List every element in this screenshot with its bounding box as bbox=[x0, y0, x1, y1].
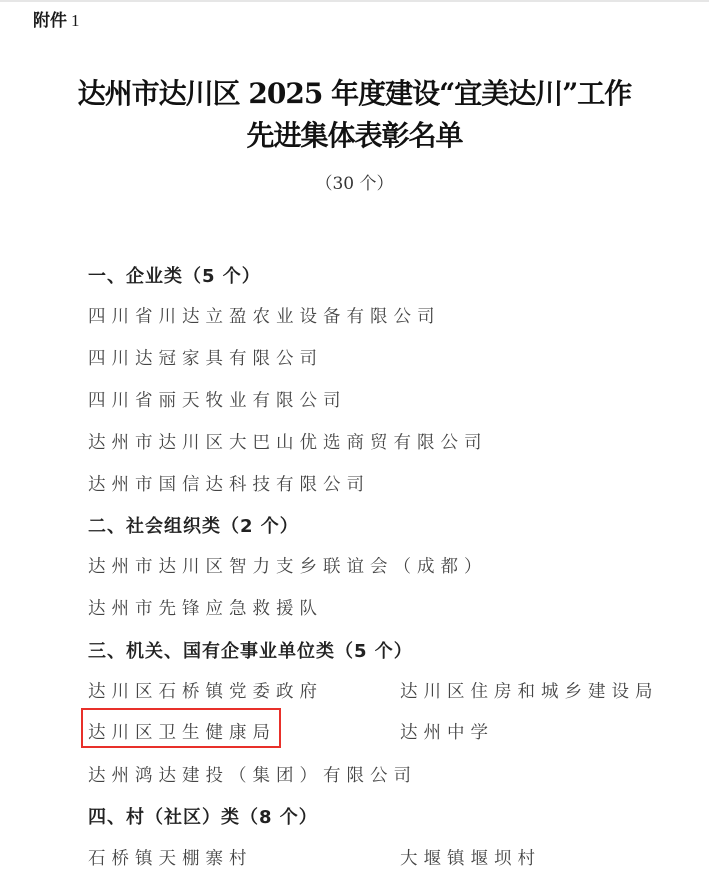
attachment-text: 附件 bbox=[33, 11, 67, 31]
list-item: 四川省川达立盈农业设备有限公司 bbox=[88, 303, 441, 328]
list-item: 四川达冠家具有限公司 bbox=[88, 345, 323, 370]
list-item: 达州鸿达建投（集团）有限公司 bbox=[88, 762, 417, 787]
section-heading-social-orgs: 二、社会组织类（2 个） bbox=[88, 512, 299, 538]
list-item: 大堰镇堰坝村 bbox=[400, 845, 541, 870]
document-title-line-1: 达州市达川区 2025 年度建设“宜美达川”工作 bbox=[0, 72, 709, 112]
list-item: 石桥镇天棚寨村 bbox=[88, 845, 253, 870]
section-heading-villages: 四、村（社区）类（8 个） bbox=[88, 803, 318, 829]
list-item: 四川省丽天牧业有限公司 bbox=[88, 387, 347, 412]
section-heading-government-units: 三、机关、国有企事业单位类（5 个） bbox=[88, 637, 413, 663]
list-item-highlighted: 达川区卫生健康局 bbox=[88, 719, 276, 744]
attachment-number: 1 bbox=[71, 11, 80, 30]
list-item: 达州中学 bbox=[400, 719, 494, 744]
list-item: 达川区住房和城乡建设局 bbox=[400, 678, 659, 703]
section-heading-enterprises: 一、企业类（5 个） bbox=[88, 262, 261, 288]
top-border bbox=[0, 0, 709, 2]
list-item: 达州市国信达科技有限公司 bbox=[88, 471, 370, 496]
document-title-line-2: 先进集体表彰名单 bbox=[0, 114, 709, 154]
list-item: 达川区石桥镇党委政府 bbox=[88, 678, 323, 703]
total-count: （30 个） bbox=[0, 169, 709, 194]
list-item: 达州市达川区智力支乡联谊会（成都） bbox=[88, 553, 488, 578]
list-item: 达州市先锋应急救援队 bbox=[88, 595, 323, 620]
list-item: 达州市达川区大巴山优选商贸有限公司 bbox=[88, 429, 488, 454]
attachment-label: 附件1 bbox=[33, 6, 80, 31]
